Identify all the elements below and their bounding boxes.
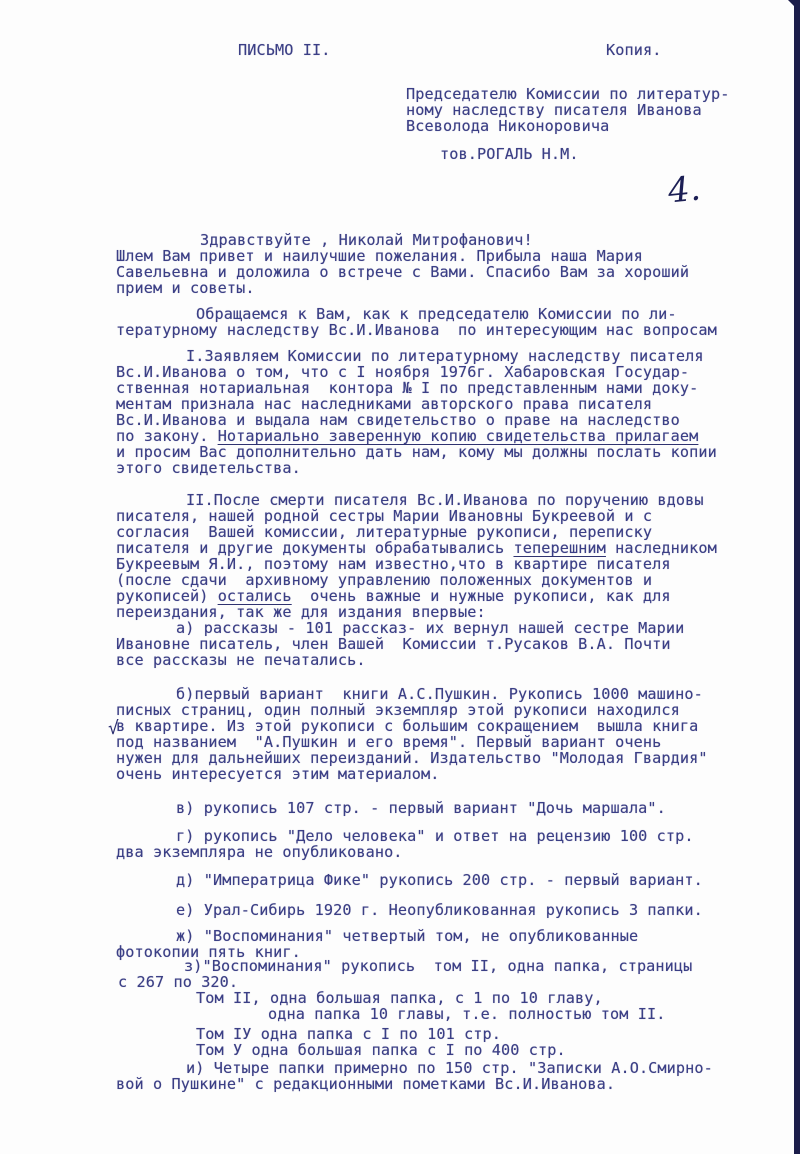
- body-line: ментам признала нас наследниками авторск…: [116, 396, 652, 412]
- body-line: писателя и другие документы обрабатывали…: [116, 540, 717, 556]
- item-d-line: д) "Императрица Фике" рукопись 200 стр. …: [176, 872, 703, 888]
- body-line: тературному наследству Вс.И.Иванова по и…: [116, 322, 717, 338]
- item-g-line: г) рукопись "Дело человека" и ответ на р…: [176, 828, 694, 844]
- item-z-line: Том У одна большая папка с I по 400 стр.: [196, 1042, 566, 1058]
- body-line: Савельевна и доложила о встрече с Вами. …: [116, 264, 689, 280]
- document-page: ПИСЬМО II. Копия. Председателю Комиссии …: [0, 0, 800, 1154]
- item-z-line: с 267 по 320.: [118, 974, 238, 990]
- body-line: согласия Вашей комиссии, литературные ру…: [116, 524, 652, 540]
- page-number-handwritten: 4.: [666, 168, 702, 211]
- item-zh-line: ж) "Воспоминания" четвертый том, не опуб…: [176, 928, 638, 944]
- item-z-line: Том II, одна большая папка, с 1 по 10 гл…: [196, 990, 603, 1006]
- addressee-line: Председателю Комиссии по литератур-: [406, 86, 730, 102]
- item-b-line: писных страниц, один полный экземпляр эт…: [116, 702, 680, 718]
- scan-corner: [788, 0, 800, 12]
- body-line: Букреевым Я.И., поэтому нам известно,что…: [116, 556, 671, 572]
- scan-edge: [794, 0, 800, 1154]
- item-b-line: нужен для дальнейших переизданий. Издате…: [116, 750, 708, 766]
- body-line: по закону. Нотариально заверенную копию …: [116, 428, 698, 444]
- letter-label: ПИСЬМО II.: [238, 42, 330, 58]
- body-line: Вс.И.Иванова о том, что с I ноября 1976г…: [116, 364, 689, 380]
- item-b-line: под названием "А.Пушкин и его время". Пе…: [116, 734, 661, 750]
- addressee-line: ному наследству писателя Иванова: [406, 102, 702, 118]
- body-line: писателя, нашей родной сестры Марии Иван…: [116, 508, 652, 524]
- copy-label: Копия.: [606, 42, 661, 58]
- body-line: и просим Вас дополнительно дать нам, ком…: [116, 444, 717, 460]
- addressee-line: Всеволода Никоноровича: [406, 118, 609, 134]
- body-line: II.После смерти писателя Вс.И.Иванова по…: [186, 492, 704, 508]
- item-b-line: б)первый вариант книги А.С.Пушкин. Рукоп…: [176, 686, 703, 702]
- body-line: Обращаемся к Вам, как к председателю Ком…: [196, 306, 677, 322]
- item-a-line: а) рассказы - 101 рассказ- их вернул наш…: [176, 620, 684, 636]
- item-z-line: з)"Воспоминания" рукопись том II, одна п…: [184, 958, 692, 974]
- body-line: рукописей) остались очень важные и нужны…: [116, 588, 671, 604]
- body-line: этого свидетельства.: [116, 460, 301, 476]
- item-z-line: одна папка 10 главы, т.е. полностью том …: [268, 1006, 665, 1022]
- greeting: Здравствуйте , Николай Митрофанович!: [200, 232, 533, 248]
- body-line: I.Заявляем Комиссии по литературному нас…: [186, 348, 704, 364]
- item-g-line: два экземпляра не опубликовано.: [116, 844, 403, 860]
- item-i-line: и) Четыре папки примерно по 150 стр. "За…: [186, 1060, 713, 1076]
- body-line: ственная нотариальная контора № I по пре…: [116, 380, 698, 396]
- body-line: прием и советы.: [116, 280, 255, 296]
- body-line: (после сдачи архивному управлению положе…: [116, 572, 652, 588]
- body-line: Вс.И.Иванова и выдала нам свидетельство …: [116, 412, 680, 428]
- item-v-line: в) рукопись 107 стр. - первый вариант "Д…: [176, 800, 666, 816]
- item-e-line: е) Урал-Сибирь 1920 г. Неопубликованная …: [176, 902, 703, 918]
- item-b-line: очень интересуется этим материалом.: [116, 766, 440, 782]
- item-a-line: Ивановне писатель, член Вашей Комиссии т…: [116, 636, 671, 652]
- body-line: Шлем Вам привет и наилучшие пожелания. П…: [116, 248, 643, 264]
- recipient: тов.РОГАЛЬ Н.М.: [440, 146, 579, 162]
- item-i-line: вой о Пушкине" с редакционными пометками…: [116, 1076, 615, 1092]
- body-line: переиздания, так же для издания впервые:: [116, 604, 486, 620]
- item-a-line: все рассказы не печатались.: [116, 652, 366, 668]
- item-b-line: в квартире. Из этой рукописи с большим с…: [116, 718, 698, 734]
- item-z-line: Том IУ одна папка с I по 101 стр.: [196, 1026, 501, 1042]
